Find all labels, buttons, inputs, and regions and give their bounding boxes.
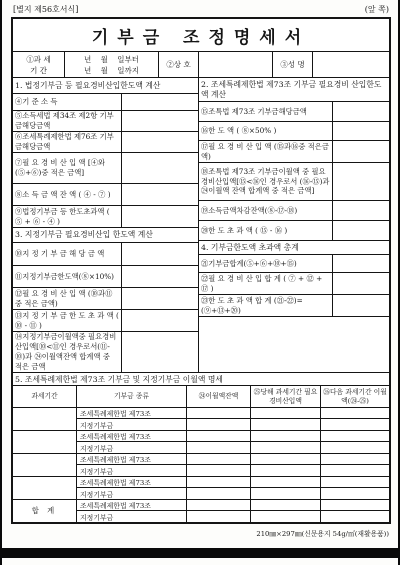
row-10-value-cell [122,243,198,265]
row-23-value-cell [333,295,389,316]
table-row: 조세특례제한법 제73조 [77,500,389,511]
calculation-columns: 1. 법정기부금 등 필요경비산입한도액 계산 ④기 준 소 득 ⑤소득세법 제… [13,78,389,372]
next-carryover-cell [321,500,389,510]
carryover-cell [187,465,251,476]
carryover-cell [187,488,251,499]
form-number: [별지 제56호서식] [13,4,78,15]
next-carryover-cell [321,431,389,441]
row-4-base-income: ④기 준 소 득 [13,94,198,111]
next-carryover-cell [321,442,389,453]
carryover-group-3: 조세특례제한법 제73조 지정기부금 [13,454,389,477]
next-carryover-cell [321,511,389,522]
period-cell [13,408,77,430]
row-17-deductible-amount: ⑰필 요 경 비 산 입 액 (⑮과⑯중 적은금액) [199,141,389,163]
row-8-income-balance: ⑧소 득 금 액 잔 액 ( ④ - ⑦ ) [13,184,198,206]
col-kind-header: 기부금 종류 [77,386,187,407]
row-17-value-cell [333,141,389,162]
row-18-carryover-deductible: ⑱조특법 제73조 기부금이월액 중 필요경비산입액[⑮<⑯인 경우로서 (⑯-… [199,163,389,201]
current-deduction-cell [251,408,321,418]
current-deduction-cell [251,465,321,476]
current-deduction-cell [251,454,321,464]
table-row: 조세특례제한법 제73조 [77,477,389,488]
right-column: 2. 조세특례제한법 제73조 기부금 필요경비 산입한도액 계산 ⑮조특법 제… [199,78,389,372]
form-title-row: 기부금 조정명세서 [13,19,389,52]
carryover-table-header: 과세기간 기부금 종류 ㉔이월액잔액 ㉕당해 과세기간 필요경비산입액 ㉖다음 … [13,386,389,408]
carryover-cell [187,500,251,510]
scan-edge-bottom [0,548,400,558]
row-15-value-cell [333,102,389,121]
carryover-group-4: 조세특례제한법 제73조 지정기부금 [13,477,389,500]
table-row: 지정기부금 [77,442,389,453]
current-deduction-cell [251,419,321,430]
row-20-limit-excess: ⑳한 도 초 과 액 ( ⑮ - ⑯ ) [199,221,389,241]
row-13-value-cell [122,310,198,331]
row-16-limit: ⑯한 도 액 ( ⑧×50% ) [199,122,389,141]
total-label-cell: 합 계 [13,500,77,522]
company-label: ②상 호 [159,52,199,77]
section4-title: 4. 기부금한도액 초과액 총계 [199,241,389,255]
current-deduction-cell [251,488,321,499]
row-18-value-cell [333,163,389,200]
row-19-income-after-deduction: ⑲소득금액차감잔액(⑧-⑰-⑱) [199,201,389,221]
col-next-carryover-header: ㉖다음 과세기간 이월액(㉔-㉕) [321,386,389,407]
col-carryover-header: ㉔이월액잔액 [187,386,251,407]
row-14-value-cell [122,332,198,372]
paper-spec-note: 210㎜×297㎜(신문용지 54g/㎡(재활용품)) [11,524,391,538]
row-9-limit-excess: ⑨법정기부금 등 한도초과액 ( ⑤ + ⑥ - ④ ) [13,206,198,228]
row-21-donation-total: ㉑기부금합계(⑤+⑥+⑩+⑮) [199,255,389,273]
row-11-value-cell [122,266,198,287]
tax-period-label: ①과 세 기 간 [13,52,65,77]
current-deduction-cell [251,477,321,487]
carryover-cell [187,442,251,453]
row-14-carryover-deductible: ⑭지정기부금이월액중 필요경비 산입액[⑩<⑪인 경우로서(⑪-⑩)과 ㉔이월액… [13,332,198,372]
carryover-cell [187,408,251,418]
next-carryover-cell [321,419,389,430]
row-22-value-cell [333,273,389,294]
row-4-value-cell [122,94,198,110]
carryover-cell [187,477,251,487]
name-value-field [313,52,389,77]
row-23-excess-total: ㉓한 도 초 과 액 합 계 (㉑-㉒)=(⑨+⑬+⑳) [199,295,389,317]
row-6-value-cell [122,132,198,152]
row-16-value-cell [333,122,389,140]
tax-period-field: 년 월 일부터 년 월 일까지 [65,52,159,77]
next-carryover-cell [321,408,389,418]
row-21-value-cell [333,255,389,272]
row-9-value-cell [122,206,198,227]
row-12-deductible-amount: ⑫필 요 경 비 산 입 액 (⑩과⑪중 적은 금액) [13,288,198,310]
period-from: 년 월 일부터 [67,54,156,65]
table-row: 지정기부금 [77,419,389,430]
table-row: 조세특례제한법 제73조 [77,454,389,465]
carryover-group-1: 조세특례제한법 제73조 지정기부금 [13,408,389,431]
next-carryover-cell [321,477,389,487]
current-deduction-cell [251,442,321,453]
table-row: 조세특례제한법 제73조 [77,431,389,442]
col-current-deduction-header: ㉕당해 과세기간 필요경비산입액 [251,386,321,407]
current-deduction-cell [251,511,321,522]
row-13-designated-excess: ⑬지 정 기 부 금 한 도 초 과 액 ( ⑩ - ⑪ ) [13,310,198,332]
table-row: 지정기부금 [77,488,389,499]
carryover-cell [187,454,251,464]
table-row: 지정기부금 [77,511,389,522]
current-deduction-cell [251,500,321,510]
form-header-line: [별지 제56호서식] (앞 쪽) [11,4,391,17]
left-column: 1. 법정기부금 등 필요경비산입한도액 계산 ④기 준 소 득 ⑤소득세법 제… [13,78,199,372]
company-value-field [199,52,273,77]
form-table: 기부금 조정명세서 ①과 세 기 간 년 월 일부터 년 월 일까지 ②상 호 … [11,17,391,524]
next-carryover-cell [321,488,389,499]
table-row: 조세특례제한법 제73조 [77,408,389,419]
next-carryover-cell [321,465,389,476]
carryover-group-total: 합 계 조세특례제한법 제73조 지정기부금 [13,500,389,522]
row-15-art73-donation: ⑮조특법 제73조 기부금해당금액 [199,102,389,122]
row-10-designated-donation: ⑩지 정 기 부 금 해 당 금 액 [13,243,198,266]
section3-title: 3. 지정기부금 필요경비산입 한도액 계산 [13,228,198,243]
taxpayer-info-row: ①과 세 기 간 년 월 일부터 년 월 일까지 ②상 호 ③성 명 [13,52,389,78]
row-7-deductible-amount: ⑦필 요 경 비 산 입 액 [④와(⑤+⑥)중 적은 금액] [13,153,198,184]
donation-adjustment-form: [별지 제56호서식] (앞 쪽) 기부금 조정명세서 ①과 세 기 간 년 월… [11,4,391,538]
period-cell [13,477,77,499]
col-period-header: 과세기간 [13,386,77,407]
row-20-value-cell [333,221,389,240]
table-row: 지정기부금 [77,465,389,476]
form-title: 기부금 조정명세서 [92,28,310,48]
row-5-art34-donation: ⑤소득세법 제34조 제2항 기부금해당금액 [13,111,198,132]
row-5-value-cell [122,111,198,131]
right-column-blank-area [199,317,389,372]
page-side-label: (앞 쪽) [365,4,389,15]
carryover-cell [187,419,251,430]
carryover-cell [187,511,251,522]
period-cell [13,454,77,476]
row-22-deductible-total: ㉒필 요 경 비 산 입 합 계 ( ⑦ + ⑫ + ⑰ ) [199,273,389,295]
scan-edge-left [0,0,2,565]
next-carryover-cell [321,454,389,464]
period-to: 년 월 일까지 [67,65,156,76]
row-12-value-cell [122,288,198,309]
period-cell [13,431,77,453]
current-deduction-cell [251,431,321,441]
section2-title: 2. 조세특례제한법 제73조 기부금 필요경비 산입한도액 계산 [199,78,389,102]
row-6-art76-donation: ⑥조세특례제한법 제76조 기부금해당금액 [13,132,198,153]
carryover-cell [187,431,251,441]
carryover-group-2: 조세특례제한법 제73조 지정기부금 [13,431,389,454]
row-7-value-cell [122,153,198,183]
row-8-value-cell [122,184,198,205]
section5-title: 5. 조세특례제한법 제73조 기부금 및 지정기부금 이월액 명세 [13,372,389,386]
row-19-value-cell [333,201,389,220]
name-label: ③성 명 [273,52,313,77]
section1-title: 1. 법정기부금 등 필요경비산입한도액 계산 [13,78,198,94]
row-11-designated-limit: ⑪지정기부금한도액(⑧×10%) [13,266,198,288]
